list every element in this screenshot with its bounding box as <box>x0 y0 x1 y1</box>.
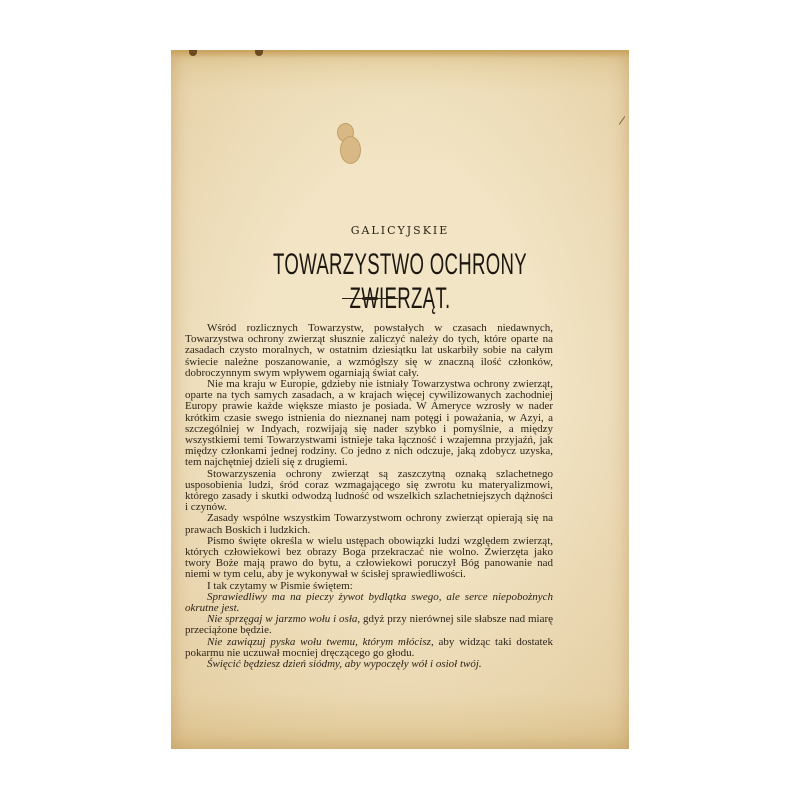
scripture-quote: Święcić będziesz dzień siódmy, aby wypoc… <box>185 659 553 670</box>
scripture-quote: Sprawiedliwy ma na pieczy żywot bydlątka… <box>185 592 553 614</box>
paragraph: Stowarzyszenia ochrony zwierząt są zaszc… <box>185 469 553 514</box>
paragraph: Wśród rozlicznych Towarzystw, powstałych… <box>185 323 553 379</box>
page-edge-shading <box>171 50 629 58</box>
page-crease-mark <box>619 116 626 125</box>
paragraph: Nie ma kraju w Europie, gdzieby nie istn… <box>185 379 553 469</box>
scripture-quote: Nie zawiązuj pyska wołu twemu, którym mł… <box>185 637 553 659</box>
document-title: TOWARZYSTWO OCHRONY ZWIERZĄT. <box>258 248 542 316</box>
paragraph: Zasady wspólne wszystkim Towarzystwom oc… <box>185 513 553 535</box>
scripture-quote: Nie sprzęgaj w jarzmo wołu i osła, gdyż … <box>185 614 553 636</box>
water-stain <box>337 123 361 165</box>
paragraph: Pismo święte określa w wielu ustępach ob… <box>185 536 553 581</box>
document-kicker: GALICYJSKIE <box>171 224 629 237</box>
document-body: Wśród rozlicznych Towarzystw, powstałych… <box>185 323 553 670</box>
title-divider <box>342 298 398 299</box>
scanned-page: GALICYJSKIE TOWARZYSTWO OCHRONY ZWIERZĄT… <box>171 50 629 749</box>
